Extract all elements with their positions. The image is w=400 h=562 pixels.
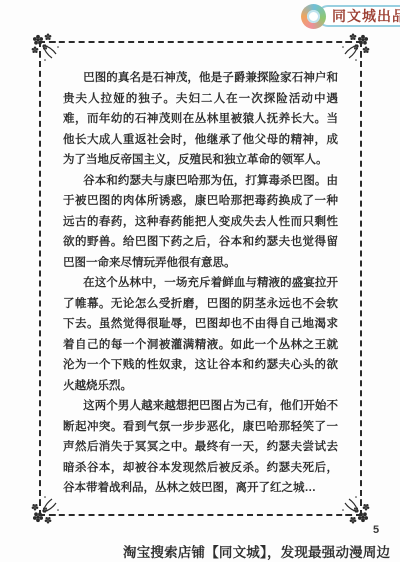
story-paragraph: 这两个男人越来越想把巴图占为己有，他们开始不断起冲突。看到气氛一步步恶化，康巴哈…: [63, 396, 338, 499]
footer-promo-text: 淘宝搜索店铺【同文城】，发现最强动漫周边: [123, 541, 390, 561]
floral-corner-ornament-icon: [31, 33, 61, 63]
story-paragraph: 巴图的真名是石神茂，他是子爵兼探险家石神户和贵夫人拉娅的独子。夫妇二人在一次探险…: [63, 68, 338, 171]
floral-corner-ornament-icon: [31, 494, 61, 524]
document-page: 同文城出品 巴图的真名是石神茂，他是子爵兼探险家石神户和贵夫人拉娅的独子。夫妇二…: [0, 0, 400, 562]
floral-corner-ornament-icon: [340, 33, 370, 63]
decorative-border: 巴图的真名是石神茂，他是子爵兼探险家石神户和贵夫人拉娅的独子。夫妇二人在一次探险…: [39, 41, 362, 516]
story-text-block: 巴图的真名是石神茂，他是子爵兼探险家石神户和贵夫人拉娅的独子。夫妇二人在一次探险…: [63, 68, 338, 499]
floral-corner-ornament-icon: [340, 494, 370, 524]
story-paragraph: 谷本和约瑟夫与康巴哈那为伍，打算毒杀巴图。由于被巴图的肉体所诱惑，康巴哈那把毒药…: [63, 171, 338, 274]
page-number: 5: [373, 524, 379, 536]
rainbow-ring-icon: [301, 4, 326, 29]
story-paragraph: 在这个丛林中，一场充斥着鲜血与精液的盛宴拉开了帷幕。无论怎么受折磨，巴图的阴茎永…: [63, 273, 338, 396]
watermark-label: 同文城出品: [317, 5, 400, 27]
